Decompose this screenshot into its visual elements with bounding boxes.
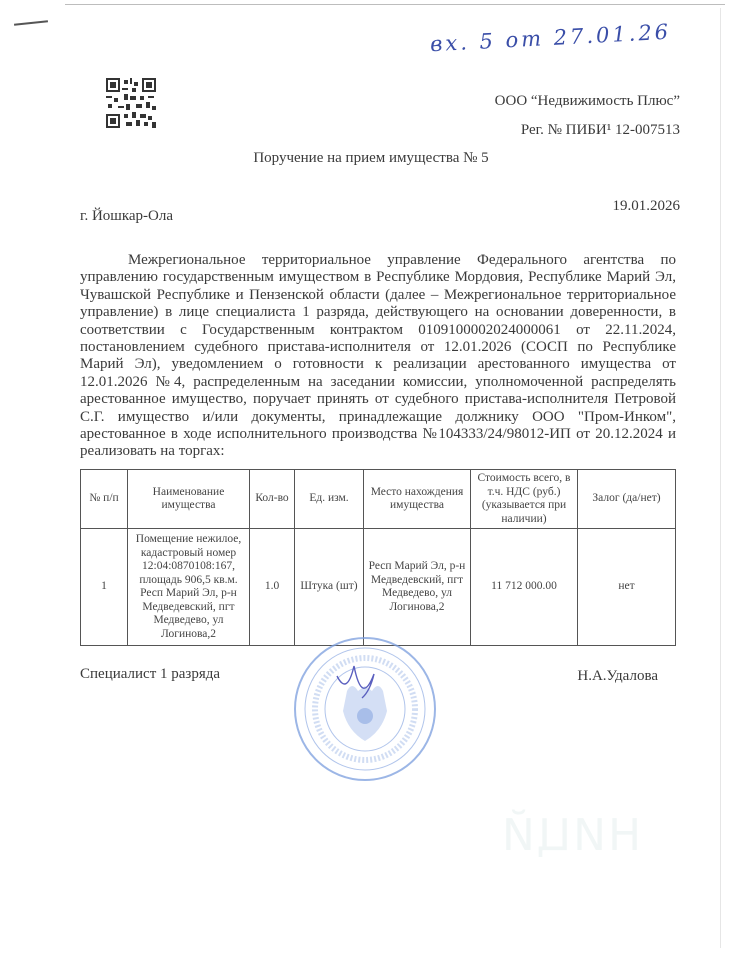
header-qty: Кол-во	[250, 470, 295, 529]
header-cost: Стоимость всего, в т.ч. НДС (руб.) (указ…	[471, 470, 578, 529]
header-name: Наименование имущества	[128, 470, 250, 529]
organization-name: ООО “Недвижимость Плюс”	[495, 93, 680, 110]
cell-num: 1	[81, 529, 128, 646]
document-title: Поручение на прием имущества № 5	[0, 150, 742, 167]
header-location: Место нахождения имущества	[364, 470, 471, 529]
cell-cost: 11 712 000.00	[471, 529, 578, 646]
cell-pledge: нет	[578, 529, 676, 646]
page-edge	[65, 4, 725, 5]
cell-unit: Штука (шт)	[295, 529, 364, 646]
cell-location: Респ Марий Эл, р-н Медведевский, пгт Мед…	[364, 529, 471, 646]
document-date: 19.01.2026	[613, 198, 681, 215]
bleed-through-text: НИЦЙ	[500, 810, 641, 861]
handwritten-note: вх. 5 от 27.01.26	[430, 20, 672, 57]
table-row: 1 Помещение нежилое, кадастровый номер 1…	[81, 529, 676, 646]
header-unit: Ед. изм.	[295, 470, 364, 529]
cell-qty: 1.0	[250, 529, 295, 646]
signer-name: Н.А.Удалова	[577, 668, 658, 685]
document-city: г. Йошкар-Ола	[80, 208, 173, 225]
registration-number: Рег. № ПИБИ¹ 12-007513	[521, 122, 680, 139]
official-seal-icon	[292, 636, 438, 782]
property-table: № п/п Наименование имущества Кол-во Ед. …	[80, 469, 676, 646]
table-header-row: № п/п Наименование имущества Кол-во Ед. …	[81, 470, 676, 529]
scan-mark	[14, 20, 48, 26]
signer-position: Специалист 1 разряда	[80, 666, 220, 683]
qr-code-icon	[106, 78, 156, 128]
header-num: № п/п	[81, 470, 128, 529]
document-body: Межрегиональное территориальное управлен…	[80, 252, 676, 461]
header-pledge: Залог (да/нет)	[578, 470, 676, 529]
page-edge	[720, 8, 721, 948]
cell-name: Помещение нежилое, кадастровый номер 12:…	[128, 529, 250, 646]
